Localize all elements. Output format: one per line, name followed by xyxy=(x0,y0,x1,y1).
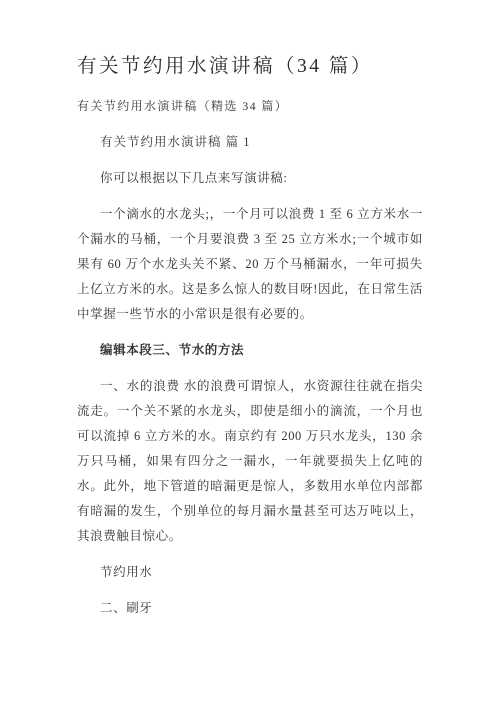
document-page: 有关节约用水演讲稿（34 篇） 有关节约用水演讲稿（精选 34 篇） 有关节约用… xyxy=(0,0,500,707)
document-subtitle: 有关节约用水演讲稿（精选 34 篇） xyxy=(77,94,423,119)
paragraph-brushing-teeth-heading: 二、刷牙 xyxy=(77,596,423,621)
page-title: 有关节约用水演讲稿（34 篇） xyxy=(77,50,423,83)
paragraph-save-water-label: 节约用水 xyxy=(77,560,423,585)
paragraph-water-waste-facts: 一个滴水的水龙头;，一个月可以浪费 1 至 6 立方米水一个漏水的马桶，一个月要… xyxy=(77,202,423,327)
document-body: 你可以根据以下几点来写演讲稿: 一个滴水的水龙头;，一个月可以浪费 1 至 6 … xyxy=(77,166,423,621)
paragraph-intro: 你可以根据以下几点来写演讲稿: xyxy=(77,166,423,191)
section-heading-water-saving-methods: 编辑本段三、节水的方法 xyxy=(77,338,423,363)
chapter-heading: 有关节约用水演讲稿 篇 1 xyxy=(77,130,423,155)
paragraph-water-waste-detail: 一、水的浪费 水的浪费可谓惊人，水资源往往就在指尖流走。一个关不紧的水龙头，即使… xyxy=(77,374,423,549)
